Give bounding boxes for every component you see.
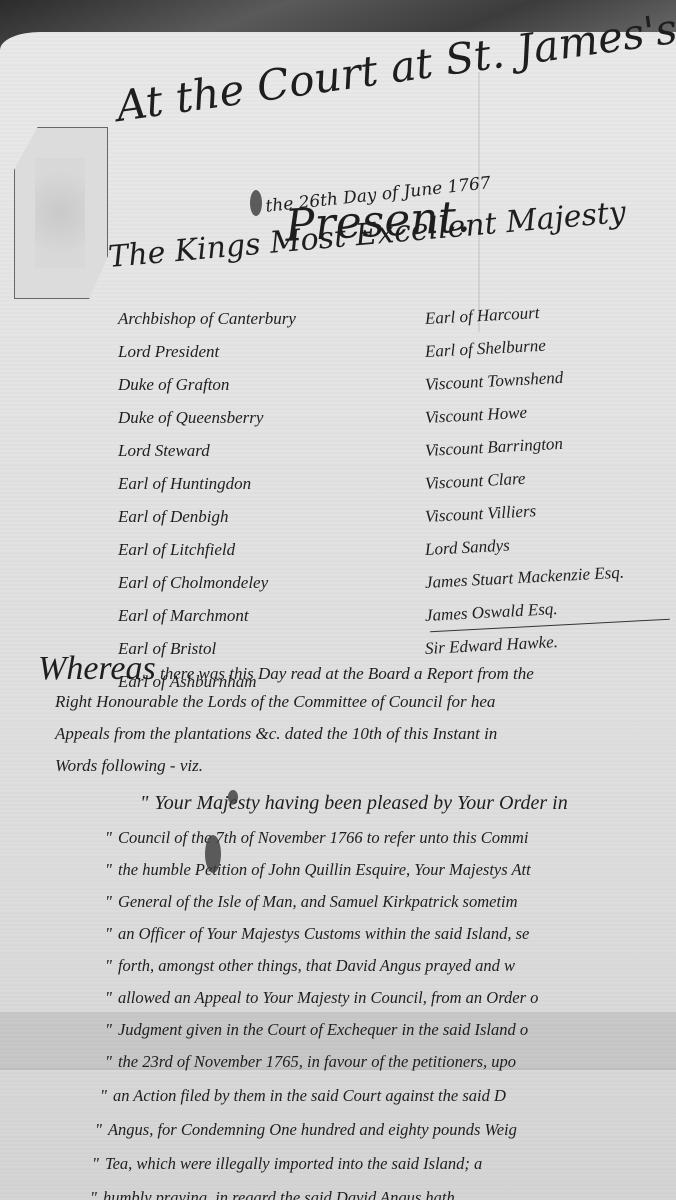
whereas-word: Whereas — [38, 650, 156, 687]
report-line: "an Officer of Your Majestys Customs wit… — [105, 924, 529, 944]
attendee: Earl of Litchfield — [118, 533, 296, 566]
report-line: "Council of the 7th of November 1766 to … — [105, 828, 528, 848]
ink-blot — [250, 190, 262, 216]
attendee: Duke of Grafton — [118, 368, 296, 401]
report-line: "forth, amongst other things, that David… — [105, 956, 515, 976]
attendee: Earl of Marchmont — [118, 599, 296, 632]
report-line: "Tea, which were illegally imported into… — [92, 1154, 482, 1174]
whereas-line: Words following - viz. — [55, 756, 203, 776]
report-line: "Judgment given in the Court of Excheque… — [105, 1020, 528, 1040]
ink-blot — [205, 835, 221, 873]
report-line: "allowed an Appeal to Your Majesty in Co… — [105, 988, 538, 1008]
report-line: "humbly praying, in regard the said Davi… — [90, 1188, 455, 1200]
attendees-left-column: Archbishop of Canterbury Lord President … — [118, 302, 296, 698]
whereas-line: Right Honourable the Lords of the Commit… — [55, 692, 495, 712]
attendee: Lord Steward — [118, 434, 296, 467]
report-line: "the 23rd of November 1765, in favour of… — [105, 1052, 516, 1072]
attendee: Lord President — [118, 335, 296, 368]
ink-blot — [228, 790, 238, 804]
report-line: "Your Majesty having been pleased by You… — [140, 792, 568, 815]
report-line: "Angus, for Condemning One hundred and e… — [95, 1120, 517, 1140]
attendee: Earl of Huntingdon — [118, 467, 296, 500]
whereas-line: Appeals from the plantations &c. dated t… — [55, 724, 497, 744]
wax-seal-icon — [14, 127, 108, 299]
attendees-right-column: Earl of Harcourt Earl of Shelburne Visco… — [425, 302, 624, 665]
report-line: "General of the Isle of Man, and Samuel … — [105, 892, 518, 912]
fold-crease-vertical — [478, 72, 480, 332]
attendee: Archbishop of Canterbury — [118, 302, 296, 335]
report-line: "an Action filed by them in the said Cou… — [100, 1086, 506, 1106]
report-line: "the humble Petition of John Quillin Esq… — [105, 860, 531, 880]
whereas-line: Whereas there was this Day read at the B… — [38, 650, 534, 688]
attendee: Duke of Queensberry — [118, 401, 296, 434]
attendee: Earl of Denbigh — [118, 500, 296, 533]
attendee: Earl of Cholmondeley — [118, 566, 296, 599]
